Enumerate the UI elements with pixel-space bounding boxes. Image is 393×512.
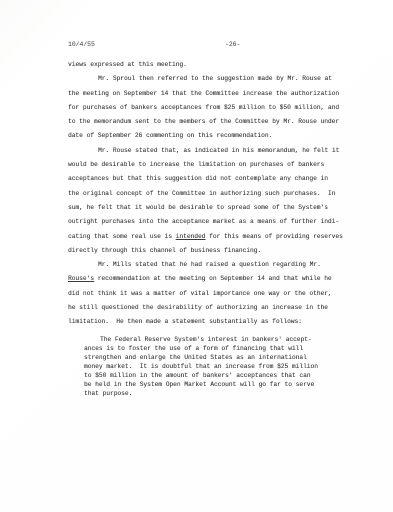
body-line: Mr. Mills stated that he had raised a qu…: [68, 258, 343, 272]
body-line: limitation. He then made a statement sub…: [68, 315, 343, 329]
body-line: sum, he felt that it would be desirable …: [68, 201, 343, 215]
quote-line: be held in the System Open Market Accoun…: [84, 380, 336, 389]
document-page: 10/4/55 -26- views expressed at this mee…: [0, 0, 393, 512]
body-line: Mr. Sproul then referred to the suggesti…: [68, 72, 343, 86]
quote-line: to $50 million in the amount of bankers'…: [84, 371, 336, 380]
body-line: the meeting on September 14 that the Com…: [68, 87, 343, 101]
body-line: to the memorandum sent to the members of…: [68, 115, 343, 129]
body-line: acceptances but that this suggestion did…: [68, 172, 343, 186]
quote-line: money market. It is doubtful that an inc…: [84, 362, 336, 371]
body-line: Mr. Rouse stated that, as indicated in h…: [68, 144, 343, 158]
line-segment: cating that some real use is: [68, 233, 176, 240]
body-line: he still questioned the desirability of …: [68, 301, 343, 315]
document-header: 10/4/55 -26-: [68, 41, 343, 49]
quote-line: that purpose.: [84, 389, 336, 398]
page-number: -26-: [225, 41, 240, 49]
body-line: for purchases of bankers acceptances fro…: [68, 101, 343, 115]
underlined-word: intended: [176, 233, 206, 240]
document-body: views expressed at this meeting. Mr. Spr…: [68, 58, 343, 398]
continuation-line: views expressed at this meeting.: [68, 58, 343, 72]
body-line: outright purchases into the acceptance m…: [68, 215, 343, 229]
body-line: would be desirable to increase the limit…: [68, 158, 343, 172]
body-line: directly through this channel of busines…: [68, 244, 343, 258]
body-line: did not think it was a matter of vital i…: [68, 287, 343, 301]
line-segment: recommendation at the meeting on Septemb…: [94, 275, 332, 282]
underlined-word: Rouse's: [68, 275, 94, 282]
quote-line: ances is to foster the use of a form of …: [84, 344, 336, 353]
body-line-with-emphasis: cating that some real use is intended fo…: [68, 230, 343, 244]
line-segment: for this means of providing reserves: [205, 233, 342, 240]
body-line-with-emphasis: Rouse's recommendation at the meeting on…: [68, 272, 343, 286]
quote-line: strengthen and enlarge the United States…: [84, 353, 336, 362]
block-quote: The Federal Reserve System's interest in…: [84, 335, 336, 398]
body-line: the original concept of the Committee in…: [68, 187, 343, 201]
body-line: date of September 26 commenting on this …: [68, 129, 343, 143]
document-date: 10/4/55: [68, 41, 95, 49]
quote-line: The Federal Reserve System's interest in…: [84, 335, 336, 344]
